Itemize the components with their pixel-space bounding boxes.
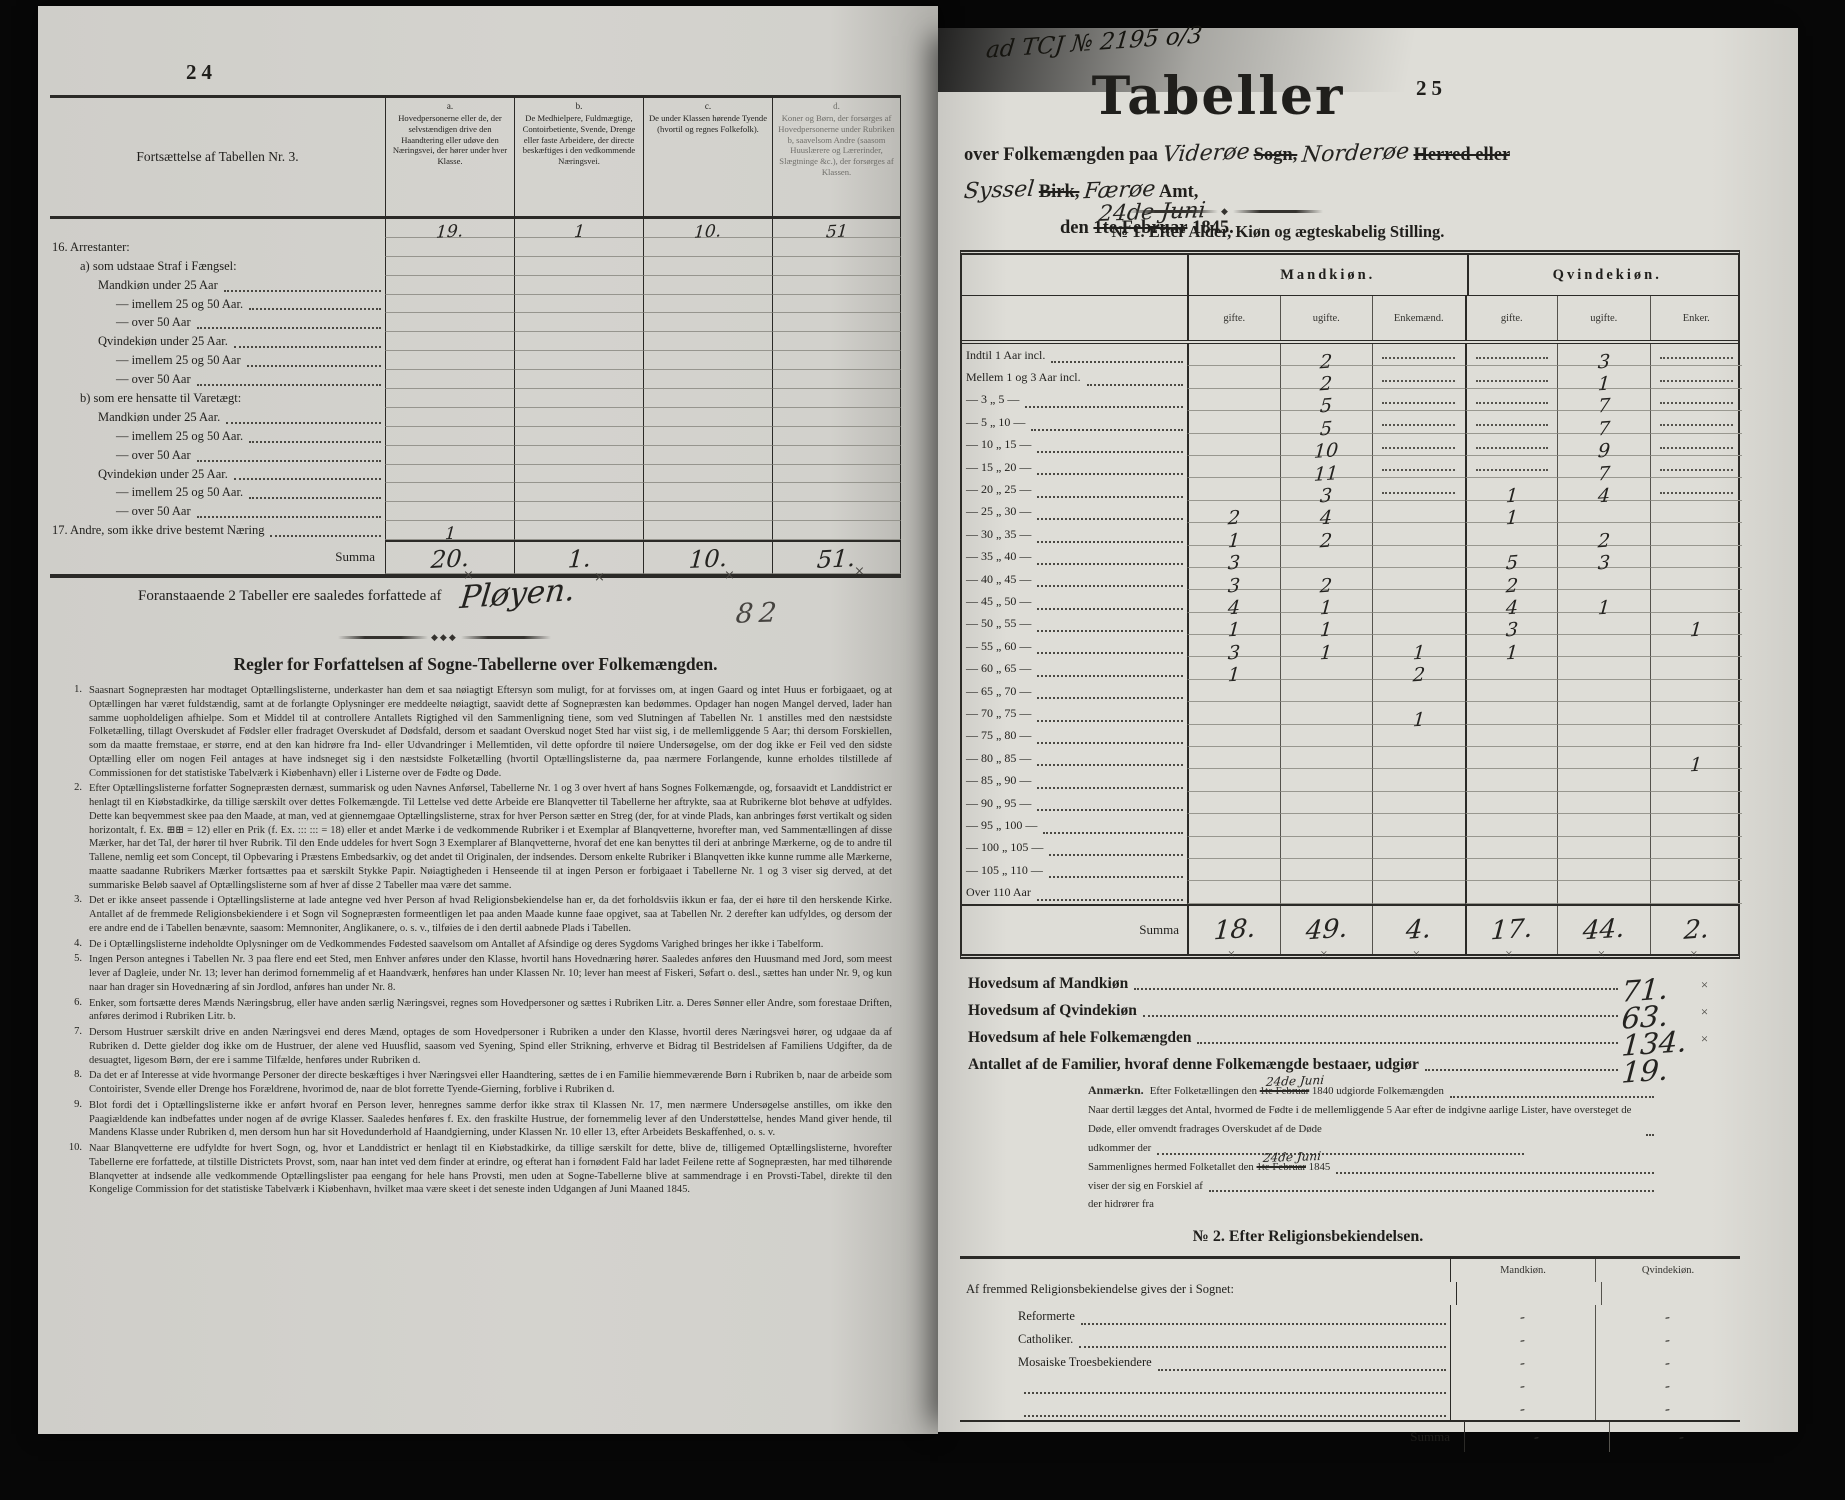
age-label: — 15 „ 20 — (962, 456, 1187, 478)
rule-item: 5.Ingen Person antegnes i Tabellen Nr. 3… (56, 953, 892, 994)
value-cell (514, 332, 643, 351)
value-cell (1187, 478, 1280, 500)
remark-section: Anmærkn.Efter Folketællingen den 24de Ju… (1088, 1080, 1658, 1214)
remark-text: viser der sig en Forskiel af (1088, 1177, 1203, 1196)
handwritten-value: 1 (1689, 619, 1703, 642)
value-cell (514, 370, 643, 389)
dotted-leader (197, 505, 381, 518)
value-cell (1650, 792, 1743, 814)
dotted-leader (1037, 440, 1183, 453)
value-cell: 1 (1372, 702, 1465, 724)
signature: Pløyen. (458, 572, 577, 616)
check-mark: × (1185, 946, 1278, 962)
value-cell (1187, 411, 1280, 433)
column-letter: a. (390, 101, 510, 112)
remark-text: der hidrører fra (1088, 1195, 1154, 1214)
age-label-text: — 105 „ 110 — (966, 863, 1043, 878)
row-label: b) som ere hensatte til Varetægt: (50, 389, 385, 408)
dotted-leader (249, 430, 381, 443)
religion-label: Catholiker. (960, 1328, 1450, 1351)
value-cell (1557, 792, 1650, 814)
handwritten-syssel: Syssel (962, 172, 1036, 210)
value-cell: 2 (1187, 501, 1280, 523)
age-label-text: — 60 „ 65 — (966, 661, 1031, 676)
dotted-leader (1037, 507, 1183, 520)
journal-annotation: ad TCJ № 2195 o/3 (985, 22, 1204, 63)
value-cell (643, 408, 772, 427)
handwritten-summa-value: 51. (816, 544, 856, 574)
left-table-header: Fortsættelse af Tabellen Nr. 3. a. Hoved… (50, 98, 901, 219)
age-row: — 3 „ 5 —57 (962, 389, 1738, 411)
dotted-leader (226, 411, 381, 424)
handwritten-value: 7 (1597, 462, 1611, 485)
value-cell: 10. (643, 219, 772, 238)
value-cell (1557, 702, 1650, 724)
value-cell (643, 295, 772, 314)
column-header-a: a. Hovedpersonerne eller de, der selvstæ… (385, 98, 514, 216)
column-text: De under Klassen hørende Tyende (hvortil… (649, 113, 767, 134)
value-cell (1280, 725, 1373, 747)
handwritten-value: 7 (1597, 395, 1611, 418)
value-cell: - (1595, 1305, 1740, 1328)
divider-ornament: ◆◆◆ (338, 632, 551, 643)
left-table-row: — over 50 Aar (50, 446, 901, 465)
handwritten-value: 1 (1412, 641, 1426, 664)
dotted-leader (1037, 530, 1183, 543)
total-line: Hovedsum af hele Folkemængden134.× (968, 1020, 1718, 1047)
value-cell (1465, 814, 1558, 836)
check-mark: × (594, 570, 605, 585)
value-cell (1650, 680, 1743, 702)
religion-table: Mandkiøn.Qvindekiøn.Af fremmed Religions… (960, 1256, 1740, 1452)
summa-value-cell: 1. (514, 540, 643, 574)
rule-number: 3. (56, 894, 82, 935)
rule-text: Blot fordi det i Optællingslisterne ikke… (89, 1099, 892, 1140)
handwritten-herred-name: Norderøe (1300, 134, 1410, 174)
value-cell (1372, 434, 1465, 456)
handwritten-value: 1 (1505, 485, 1519, 508)
religion-row: -- (960, 1374, 1740, 1397)
age-label: — 100 „ 105 — (962, 837, 1187, 859)
rule-text: De i Optællingslisterne indeholdte Oplys… (89, 938, 892, 952)
age-label-text: — 10 „ 15 — (966, 437, 1031, 452)
subtitle-printed: over Folkemængden paa (964, 145, 1158, 165)
value-cell (514, 313, 643, 332)
value-cell (514, 351, 643, 370)
handwritten-value: 2 (1319, 373, 1333, 396)
rules-heading: Regler for Forfattelsen af Sogne-Tabelle… (50, 654, 901, 675)
value-cell: - (1595, 1374, 1740, 1397)
value-cell: - (1450, 1305, 1595, 1328)
row-label-text: Qvindekiøn under 25 Aar. (50, 467, 228, 482)
column-header-gifte: gifte. (1187, 296, 1280, 340)
value-cell (643, 502, 772, 521)
handwritten-value: 2 (1319, 574, 1333, 597)
column-header-Enker: Enker. (1650, 296, 1743, 340)
total-line: Antallet af de Familier, hvoraf denne Fo… (968, 1047, 1718, 1074)
dotted-leader (197, 373, 381, 386)
religion-label-text: Reformerte (960, 1309, 1075, 1324)
dotted-leader (1024, 1404, 1446, 1417)
value-cell: 2 (1557, 523, 1650, 545)
table1-column-header: gifte.ugifte.Enkemænd.gifte.ugifte.Enker… (962, 296, 1738, 344)
value-cell (643, 446, 772, 465)
value-cell (772, 332, 901, 351)
row-label-text: — imellem 25 og 50 Aar. (50, 485, 243, 500)
value-cell: 1 (1650, 747, 1743, 769)
handwritten-summa-value: 18. (1212, 913, 1256, 946)
religion-label (960, 1397, 1450, 1420)
age-row: — 60 „ 65 —12 (962, 657, 1738, 679)
age-row: Over 110 Aar (962, 881, 1738, 903)
archive-number: 82 (735, 597, 784, 630)
value-cell (1187, 881, 1280, 903)
left-table-row: Qvindekiøn under 25 Aar. (50, 332, 901, 351)
age-label-text: — 80 „ 85 — (966, 751, 1031, 766)
value-cell (1372, 568, 1465, 590)
value-cell (385, 427, 514, 446)
handwritten-value: 2 (1412, 664, 1426, 687)
value-cell (1465, 769, 1558, 791)
value-cell (1650, 702, 1743, 724)
divider-ornament: ◆ (1128, 206, 1323, 217)
age-row: — 35 „ 40 —353 (962, 546, 1738, 568)
value-cell (1280, 769, 1373, 791)
ornament-line (461, 636, 551, 639)
group-spacer (962, 255, 1187, 295)
value-cell (1650, 657, 1743, 679)
value-cell (1465, 859, 1558, 881)
ornament-center: ◆◆◆ (428, 632, 461, 643)
cell-dots (1382, 468, 1455, 471)
handwritten-value: 3 (1505, 619, 1519, 642)
column-header-Enkemænd: Enkemænd. (1372, 296, 1465, 340)
cell-dots (1382, 401, 1455, 404)
handwritten-mark: - (1665, 1353, 1671, 1372)
row-label-text: 17. Andre, som ikke drive bestemt Næring (50, 523, 264, 538)
handwritten-summa-value: 44. (1582, 913, 1626, 946)
value-cell (1372, 613, 1465, 635)
dotted-leader (249, 297, 381, 310)
row-label: — over 50 Aar (50, 502, 385, 521)
value-cell (1465, 747, 1558, 769)
dotted-leader (1081, 1312, 1446, 1325)
total-line: Hovedsum af Qvindekiøn63.× (968, 993, 1718, 1020)
handwritten-value: 7 (1597, 417, 1611, 440)
handwritten-value: 3 (1597, 552, 1611, 575)
handwritten-value: 1 (1505, 507, 1519, 530)
handwritten-mark: - (1665, 1399, 1671, 1418)
summa-value-cell: 51. (772, 540, 901, 574)
left-table-row: Qvindekiøn under 25 Aar. (50, 465, 901, 484)
value-cell (643, 389, 772, 408)
rule-number: 9. (56, 1099, 82, 1140)
value-cell (1557, 837, 1650, 859)
attestation-text: Foranstaaende 2 Tabeller ere saaledes fo… (138, 576, 442, 605)
summa-label: Summa (960, 1422, 1464, 1452)
handwritten-value: 4 (1597, 485, 1611, 508)
age-label: — 65 „ 70 — (962, 680, 1187, 702)
struck-herred: Herred eller (1413, 145, 1509, 165)
age-label-text: — 50 „ 55 — (966, 616, 1031, 631)
value-cell (1187, 859, 1280, 881)
value-cell (385, 332, 514, 351)
value-cell: - (1450, 1328, 1595, 1351)
group-mandkion: Mandkiøn. (1187, 255, 1467, 295)
value-cell (643, 465, 772, 484)
handwritten-value: 1 (1227, 619, 1241, 642)
handwritten-value: 3 (1597, 350, 1611, 373)
rule-item: 8.Da det er af Interesse at vide hvorman… (56, 1069, 892, 1097)
handwritten-value: 5 (1505, 552, 1519, 575)
row-label-text: — imellem 25 og 50 Aar. (50, 297, 243, 312)
value-cell: - (1595, 1397, 1740, 1420)
check-mark: × (1278, 946, 1371, 962)
value-cell (1650, 523, 1743, 545)
religion-row: Reformerte-- (960, 1305, 1740, 1328)
table1-body: Indtil 1 Aar incl.23Mellem 1 og 3 Aar in… (962, 344, 1738, 904)
dotted-leader (1024, 1381, 1446, 1394)
cell-dots (1476, 423, 1548, 426)
value-cell (1372, 456, 1465, 478)
value-cell (514, 276, 643, 295)
dotted-leader (1049, 843, 1183, 856)
value-cell (1187, 747, 1280, 769)
handwritten-summa-value: 49. (1304, 913, 1348, 946)
dotted-leader (1134, 977, 1618, 990)
dotted-leader (1197, 1031, 1618, 1044)
value-cell: - (1595, 1328, 1740, 1351)
value-cell (1465, 366, 1558, 388)
value-cell: 2 (1280, 344, 1373, 366)
cell-dots (1476, 356, 1548, 359)
age-label: — 105 „ 110 — (962, 859, 1187, 881)
column-text: De Medhielpere, Fuldmægtige, Contoirbeti… (523, 113, 636, 166)
handwritten-mark: - (1520, 1399, 1526, 1418)
summa-value-cell: 10. (643, 540, 772, 574)
value-cell (1280, 814, 1373, 836)
value-cell (772, 257, 901, 276)
value-cell (1557, 635, 1650, 657)
rules-list: 1.Saasnart Sognepræsten har modtaget Opt… (56, 684, 892, 1199)
value-cell (385, 446, 514, 465)
dotted-leader (1037, 552, 1183, 565)
cell-dots (1476, 379, 1548, 382)
table2-header: Mandkiøn.Qvindekiøn. (960, 1259, 1740, 1282)
summa-label: Summa (50, 540, 385, 574)
row-label: Mandkiøn under 25 Aar (50, 276, 385, 295)
dotted-leader (1037, 776, 1183, 789)
handwritten-value: 1 (1319, 641, 1333, 664)
value-cell (1372, 411, 1465, 433)
value-cell (1465, 411, 1558, 433)
summa-value-cell: - (1609, 1422, 1754, 1452)
handwritten-value: 3 (1227, 552, 1241, 575)
attestation: Foranstaaende 2 Tabeller ere saaledes fo… (138, 576, 575, 612)
dotted-leader (1158, 1358, 1446, 1371)
age-label-text: — 25 „ 30 — (966, 504, 1031, 519)
rule-number: 4. (56, 938, 82, 952)
dotted-leader (1051, 350, 1183, 363)
age-row: — 80 „ 85 —1 (962, 747, 1738, 769)
value-cell (1372, 366, 1465, 388)
age-row: — 105 „ 110 — (962, 859, 1738, 881)
rule-text: Efter Optællingslisterne forfatter Sogne… (89, 782, 892, 892)
value-cell (1650, 725, 1743, 747)
age-label: — 50 „ 55 — (962, 613, 1187, 635)
age-row: — 10 „ 15 —109 (962, 434, 1738, 456)
handwritten-value: 10 (1313, 439, 1339, 463)
subtitle-line-1: over Folkemængden paa Viderøe Sogn, Nord… (964, 136, 1524, 210)
rule-number: 7. (56, 1026, 82, 1067)
handwritten-value: 4 (1319, 507, 1333, 530)
value-cell (1650, 568, 1743, 590)
column-header-b: b. De Medhielpere, Fuldmægtige, Contoirb… (514, 98, 643, 216)
handwritten-mark: - (1665, 1330, 1671, 1349)
row-label-text: — over 50 Aar (50, 448, 191, 463)
value-cell (1280, 837, 1373, 859)
row-label-text: Mandkiøn under 25 Aar (50, 278, 218, 293)
struck-birk: Birk, (1039, 182, 1080, 202)
value-cell: 1 (514, 219, 643, 238)
value-cell (1372, 501, 1465, 523)
value-cell (1187, 434, 1280, 456)
handwritten-value: 3 (1319, 485, 1333, 508)
handwritten-total: 19. (1621, 1057, 1701, 1082)
rule-item: 1.Saasnart Sognepræsten har modtaget Opt… (56, 684, 892, 780)
left-table-body: 19.110.5116. Arrestanter:a) som udstaae … (50, 219, 901, 540)
page-title: Tabeller (1018, 66, 1418, 127)
age-label-text: — 75 „ 80 — (966, 728, 1031, 743)
row-label-text: a) som udstaae Straf i Fængsel: (50, 259, 237, 274)
handwritten-summa-value: 10. (688, 544, 728, 574)
value-cell (1187, 456, 1280, 478)
rule-text: Enker, som fortsætte deres Mænds Nærings… (89, 997, 892, 1025)
value-cell (1557, 769, 1650, 791)
dotted-leader (247, 354, 381, 367)
dotted-leader (1037, 798, 1183, 811)
handwritten-mark: - (1520, 1353, 1526, 1372)
dotted-leader (224, 279, 381, 292)
handwritten-value: 1 (1412, 709, 1426, 732)
age-row: — 30 „ 35 —122 (962, 523, 1738, 545)
ornament-line (1128, 210, 1218, 213)
age-label-text: — 30 „ 35 — (966, 527, 1031, 542)
age-label-text: — 15 „ 20 — (966, 460, 1031, 475)
value-cell (385, 313, 514, 332)
age-label: — 85 „ 90 — (962, 769, 1187, 791)
rule-number: 10. (56, 1142, 82, 1197)
remark-text: Naar dertil lægges det Antal, hvormed de… (1088, 1101, 1640, 1139)
age-label-text: — 40 „ 45 — (966, 572, 1031, 587)
dotted-leader (1049, 865, 1183, 878)
totals-section: Hovedsum af Mandkiøn71.×Hovedsum af Qvin… (968, 966, 1718, 1074)
value-cell (1557, 814, 1650, 836)
column-spacer (962, 296, 1187, 340)
age-label-text: — 35 „ 40 — (966, 549, 1031, 564)
age-row: — 20 „ 25 —314 (962, 478, 1738, 500)
dotted-leader (249, 486, 381, 499)
remark-line: viser der sig en Forskiel af (1088, 1177, 1658, 1196)
ornament-line (1233, 210, 1323, 213)
value-cell: 51 (772, 219, 901, 238)
handwritten-value: 4 (1227, 597, 1241, 620)
cell-dots (1660, 491, 1733, 494)
row-label-text: — over 50 Aar (50, 504, 191, 519)
row-label-text: — imellem 25 og 50 Aar (50, 353, 241, 368)
rule-text: Naar Blanqvetterne ere udfyldte for hver… (89, 1142, 892, 1197)
column-header-Qvindekiøn: Qvindekiøn. (1595, 1259, 1740, 1282)
value-cell (1650, 837, 1743, 859)
value-cell (643, 276, 772, 295)
value-cell (1557, 657, 1650, 679)
handwritten-value: 5 (1319, 417, 1333, 440)
dotted-leader (1025, 395, 1183, 408)
handwritten-summa-value: 4. (1405, 914, 1432, 946)
value-cell (1280, 859, 1373, 881)
column-header-c: c. De under Klassen hørende Tyende (hvor… (643, 98, 772, 216)
religion-label-text: Mosaiske Troesbekiendere (960, 1355, 1152, 1370)
dotted-leader (1037, 597, 1183, 610)
row-label-text: 16. Arrestanter: (50, 240, 130, 255)
value-cell (1187, 837, 1280, 859)
value-cell (1557, 881, 1650, 903)
handwritten-value: 1 (1319, 619, 1333, 642)
value-cell (772, 295, 901, 314)
row-label: — imellem 25 og 50 Aar. (50, 427, 385, 446)
check-mark: × (724, 568, 735, 583)
value-cell (514, 427, 643, 446)
check-mark: × (1700, 1004, 1718, 1020)
handwritten-value: 9 (1597, 440, 1611, 463)
value-cell: - (1595, 1351, 1740, 1374)
total-label: Hovedsum af Qvindekiøn (968, 1002, 1137, 1020)
total-label: Antallet af de Familier, hvoraf denne Fo… (968, 1056, 1419, 1074)
value-cell (772, 313, 901, 332)
value-cell (385, 257, 514, 276)
remark-line: Sammenlignes hermed Folketallet den 24de… (1088, 1158, 1658, 1177)
column-text: Hovedpersonerne eller de, der selvstændi… (393, 113, 507, 166)
value-cell (1557, 680, 1650, 702)
value-cell (1187, 366, 1280, 388)
cell-dots (1382, 491, 1455, 494)
dotted-leader (1037, 888, 1183, 901)
handwritten-value: 1 (1597, 597, 1611, 620)
value-cell (514, 483, 643, 502)
intro-label: Af fremmed Religionsbekiendelse gives de… (960, 1282, 1456, 1305)
value-cell (772, 446, 901, 465)
struck-sogn: Sogn, (1254, 145, 1298, 165)
dotted-leader (1079, 1335, 1446, 1348)
value-cell (1456, 1282, 1601, 1305)
value-cell (1372, 837, 1465, 859)
value-cell: 1 (385, 521, 514, 540)
check-mark: × (1648, 946, 1741, 962)
value-cell (514, 257, 643, 276)
value-cell (1187, 769, 1280, 791)
cell-dots (1660, 356, 1733, 359)
handwritten-value: 2 (1319, 350, 1333, 373)
left-table-row: b) som ere hensatte til Varetægt: (50, 389, 901, 408)
check-mark: × (1555, 946, 1648, 962)
value-cell: 5 (1465, 546, 1558, 568)
value-cell (514, 502, 643, 521)
value-cell (643, 351, 772, 370)
age-row: — 45 „ 50 —4141 (962, 590, 1738, 612)
table2-heading: № 2. Efter Religionsbekiendelsen. (1108, 1228, 1508, 1246)
column-letter: b. (519, 101, 639, 112)
handwritten-mark: - (1520, 1307, 1526, 1326)
